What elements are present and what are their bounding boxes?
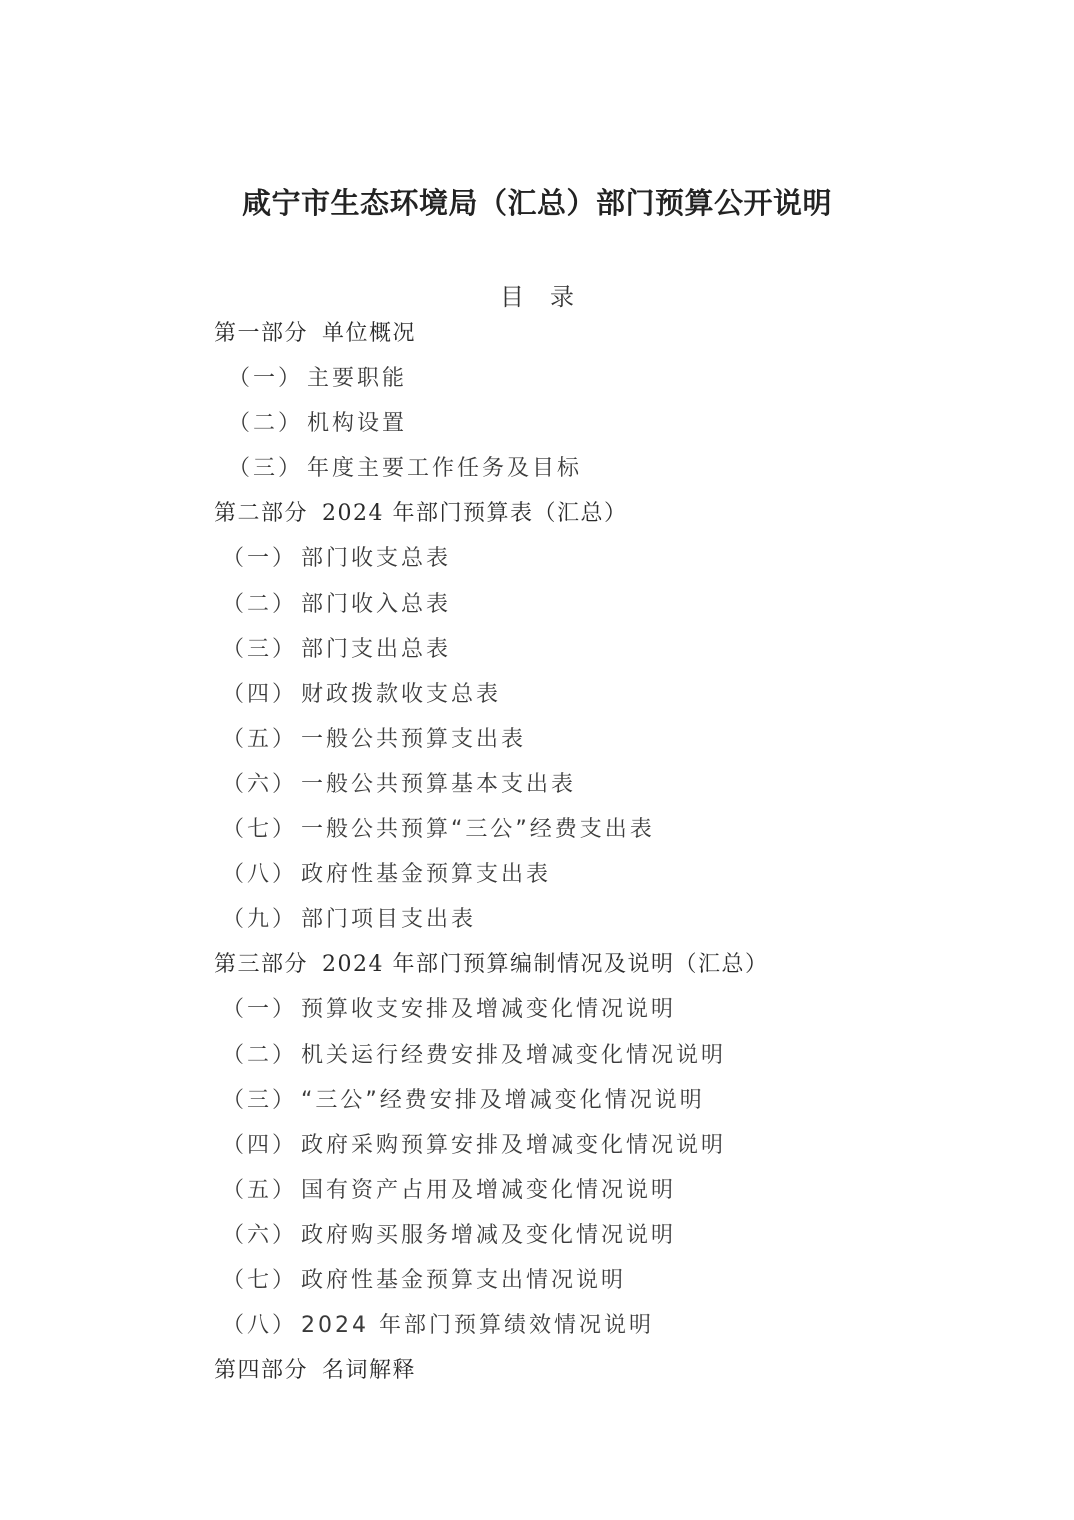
toc-part-1[interactable]: 第一部分单位概况 <box>214 316 914 361</box>
toc-item-label: 政府采购预算安排及增减变化情况说明 <box>301 1133 726 1158</box>
toc-item-label: 机构设置 <box>307 411 407 436</box>
toc-item[interactable]: （五）国有资产占用及增减变化情况说明 <box>214 1173 914 1218</box>
toc-part-label: 单位概况 <box>322 321 416 346</box>
toc-item-label: 一般公共预算支出表 <box>301 727 526 752</box>
toc-part-2[interactable]: 第二部分2024 年部门预算表（汇总） <box>214 496 914 541</box>
toc-item-number: （三） <box>222 632 297 668</box>
toc-item-label: 政府性基金预算支出表 <box>301 862 551 887</box>
toc-item[interactable]: （二）机构设置 <box>214 406 914 451</box>
toc-item[interactable]: （二）机关运行经费安排及增减变化情况说明 <box>214 1038 914 1083</box>
toc-item[interactable]: （六）一般公共预算基本支出表 <box>214 767 914 812</box>
toc-part-4[interactable]: 第四部分名词解释 <box>214 1353 914 1398</box>
toc-item-label: 主要职能 <box>307 366 407 391</box>
toc-item[interactable]: （三）部门支出总表 <box>214 632 914 677</box>
toc-item-number: （二） <box>222 1038 297 1074</box>
toc-item[interactable]: （八）政府性基金预算支出表 <box>214 857 914 902</box>
toc-item-number: （一） <box>228 361 303 397</box>
toc-item-number: （五） <box>222 1173 297 1209</box>
toc-item-label: 部门收支总表 <box>301 546 451 571</box>
toc-part-label: 2024 年部门预算表（汇总） <box>322 501 627 526</box>
toc-item-label: 国有资产占用及增减变化情况说明 <box>301 1178 676 1203</box>
toc-item-number: （一） <box>222 992 297 1028</box>
toc-item-label: 一般公共预算基本支出表 <box>301 772 576 797</box>
toc-item-number: （三） <box>228 451 303 487</box>
toc-item[interactable]: （四）政府采购预算安排及增减变化情况说明 <box>214 1128 914 1173</box>
toc-part-label: 2024 年部门预算编制情况及说明（汇总） <box>322 952 768 977</box>
toc-item-number: （六） <box>222 767 297 803</box>
toc-item[interactable]: （三）年度主要工作任务及目标 <box>214 451 914 496</box>
toc-item[interactable]: （七）政府性基金预算支出情况说明 <box>214 1263 914 1308</box>
toc-item-label: 2024 年部门预算绩效情况说明 <box>301 1313 654 1338</box>
toc-item-label: 部门项目支出表 <box>301 907 476 932</box>
toc-item-number: （五） <box>222 722 297 758</box>
toc-item-label: 机关运行经费安排及增减变化情况说明 <box>301 1043 726 1068</box>
toc-item-number: （四） <box>222 677 297 713</box>
toc-item-number: （二） <box>228 406 303 442</box>
toc-item-number: （八） <box>222 1308 297 1344</box>
toc-item-number: （二） <box>222 587 297 623</box>
toc-item[interactable]: （一）部门收支总表 <box>214 541 914 586</box>
toc-part-3[interactable]: 第三部分2024 年部门预算编制情况及说明（汇总） <box>214 947 914 992</box>
toc-item-label: 年度主要工作任务及目标 <box>307 456 582 481</box>
toc-item[interactable]: （九）部门项目支出表 <box>214 902 914 947</box>
toc-part-number: 第一部分 <box>214 316 308 352</box>
table-of-contents: 第一部分单位概况 （一）主要职能 （二）机构设置 （三）年度主要工作任务及目标 … <box>214 316 914 1398</box>
toc-part-number: 第三部分 <box>214 947 308 983</box>
toc-item[interactable]: （三）“三公”经费安排及增减变化情况说明 <box>214 1083 914 1128</box>
toc-item[interactable]: （四）财政拨款收支总表 <box>214 677 914 722</box>
toc-item-label: 一般公共预算“三公”经费支出表 <box>301 817 655 842</box>
toc-item-label: 预算收支安排及增减变化情况说明 <box>301 997 676 1022</box>
toc-part-number: 第二部分 <box>214 496 308 532</box>
toc-item[interactable]: （一）主要职能 <box>214 361 914 406</box>
toc-item-label: 政府购买服务增减及变化情况说明 <box>301 1223 676 1248</box>
toc-item-label: 部门收入总表 <box>301 592 451 617</box>
toc-item-label: 政府性基金预算支出情况说明 <box>301 1268 626 1293</box>
toc-item-label: 财政拨款收支总表 <box>301 682 501 707</box>
toc-item-number: （七） <box>222 812 297 848</box>
toc-item-number: （七） <box>222 1263 297 1299</box>
toc-item-number: （一） <box>222 541 297 577</box>
toc-item-number: （三） <box>222 1083 297 1119</box>
toc-item[interactable]: （五）一般公共预算支出表 <box>214 722 914 767</box>
toc-item-number: （六） <box>222 1218 297 1254</box>
toc-item[interactable]: （二）部门收入总表 <box>214 587 914 632</box>
toc-item[interactable]: （一）预算收支安排及增减变化情况说明 <box>214 992 914 1037</box>
toc-part-label: 名词解释 <box>322 1358 416 1383</box>
toc-item-label: 部门支出总表 <box>301 637 451 662</box>
toc-item-number: （八） <box>222 857 297 893</box>
toc-heading: 目录 <box>0 277 1074 312</box>
toc-item-number: （九） <box>222 902 297 938</box>
toc-item[interactable]: （六）政府购买服务增减及变化情况说明 <box>214 1218 914 1263</box>
toc-part-number: 第四部分 <box>214 1353 308 1389</box>
toc-item-label: “三公”经费安排及增减变化情况说明 <box>301 1088 705 1113</box>
toc-item[interactable]: （八）2024 年部门预算绩效情况说明 <box>214 1308 914 1353</box>
toc-item-number: （四） <box>222 1128 297 1164</box>
document-title: 咸宁市生态环境局（汇总）部门预算公开说明 <box>0 181 1074 222</box>
toc-item[interactable]: （七）一般公共预算“三公”经费支出表 <box>214 812 914 857</box>
